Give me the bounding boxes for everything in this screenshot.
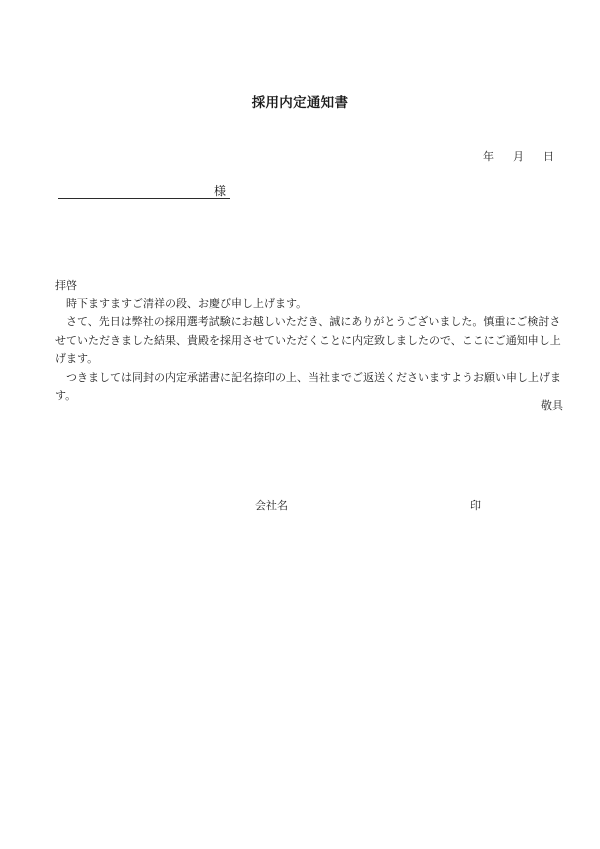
recipient-name-blank: 様 xyxy=(58,184,230,199)
body-line: つきましては同封の内定承諾書に記名捺印の上、当社までご返送くださいますようお願い… xyxy=(55,369,567,387)
body-line: せていただきました結果、貴殿を採用させていただくことに内定致しましたので、ここに… xyxy=(55,332,567,350)
company-name-label: 会社名 xyxy=(255,500,288,513)
body-line: 時下ますますご清祥の段、お慶び申し上げます。 xyxy=(55,295,567,313)
salutation: 拝啓 xyxy=(55,277,567,295)
date-day-label: 日 xyxy=(543,151,554,164)
page-title: 採用内定通知書 xyxy=(0,91,600,111)
body-line: げます。 xyxy=(55,350,567,368)
date-year-label: 年 xyxy=(483,151,494,164)
date-line: 年 月 日 xyxy=(483,151,554,164)
date-month-label: 月 xyxy=(513,151,524,164)
seal-label: 印 xyxy=(470,500,481,513)
closing-word: 敬具 xyxy=(541,400,563,413)
letter-body: 拝啓 時下ますますご清祥の段、お慶び申し上げます。 さて、先日は弊社の採用選考試… xyxy=(55,277,567,406)
recipient-honorific: 様 xyxy=(214,184,226,198)
body-line: す。 xyxy=(55,387,567,405)
body-line: さて、先日は弊社の採用選考試験にお越しいただき、誠にありがとうございました。慎重… xyxy=(55,313,567,331)
letter-page: 採用内定通知書 年 月 日 様 拝啓 時下ますますご清祥の段、お慶び申し上げます… xyxy=(0,0,600,849)
